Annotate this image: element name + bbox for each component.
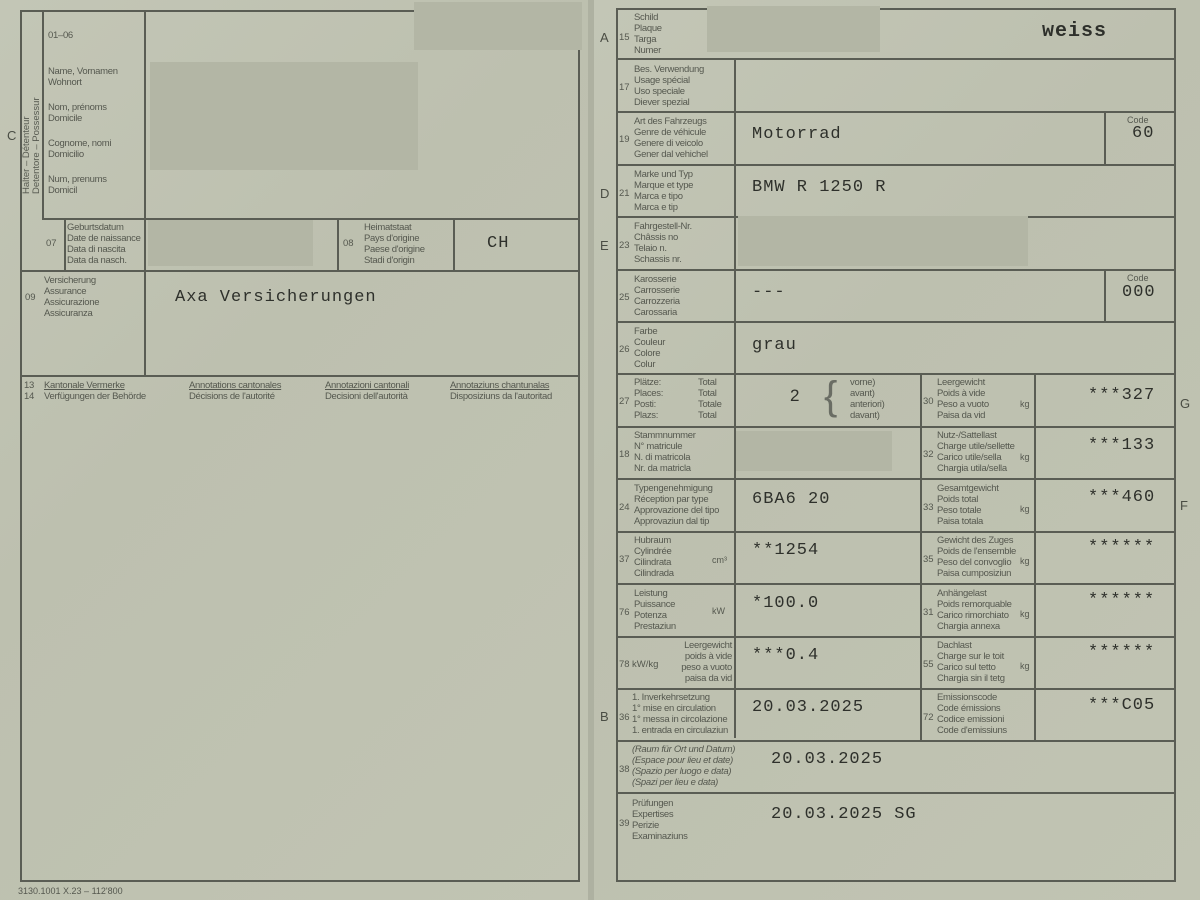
birthdate-label: GeburtsdatumDate de naissance Data di na… bbox=[67, 222, 141, 266]
unit-kw-per-kg: kW/kg bbox=[632, 659, 658, 670]
row-line bbox=[616, 688, 1176, 690]
field-number-21: 21 bbox=[619, 188, 630, 199]
frame-line bbox=[42, 10, 44, 218]
place-date-label: (Raum für Ort und Datum)(Espace pour lie… bbox=[632, 744, 735, 788]
field-number-78: 78 bbox=[619, 659, 630, 670]
body-value: --- bbox=[752, 283, 786, 302]
frame-line bbox=[20, 375, 580, 377]
field-number-07: 07 bbox=[46, 238, 57, 249]
field-number-26: 26 bbox=[619, 344, 630, 355]
section-letter-d: D bbox=[600, 186, 609, 201]
payload-label: Nutz-/SattellastCharge utile/sellette Ca… bbox=[937, 430, 1015, 474]
plate-redacted bbox=[707, 6, 880, 52]
frame-line bbox=[616, 880, 1176, 882]
body-label: KarosserieCarrosserie CarrozzeriaCarossa… bbox=[634, 274, 680, 318]
train-weight-label: Gewicht des ZugesPoids de l'ensemble Pes… bbox=[937, 535, 1016, 579]
chassis-label: Fahrgestell-Nr.Châssis no Telaio n.Schas… bbox=[634, 221, 692, 265]
row-line bbox=[616, 740, 1176, 742]
seats-front-label: vorne)avant) anteriori)davant) bbox=[850, 377, 885, 421]
field-number-37: 37 bbox=[619, 554, 630, 565]
frame-line bbox=[144, 10, 146, 375]
seats-label: Plätze:Places: Posti:Plazs: bbox=[634, 377, 663, 421]
registry-number-label: StammnummerN° matricule N. di matricolaN… bbox=[634, 430, 696, 474]
roof-load-label: DachlastCharge sur le toit Carico sul te… bbox=[937, 640, 1005, 684]
unit-kg: kg bbox=[1020, 609, 1030, 619]
displacement-label: HubraumCylindrée CilindrataCilindrada bbox=[634, 535, 674, 579]
field-number-17: 17 bbox=[619, 82, 630, 93]
frame-line bbox=[578, 10, 580, 882]
power-ratio-label: Leergewichtpoids à vide peso a vuotopais… bbox=[674, 640, 732, 684]
total-weight-label: GesamtgewichtPoids total Peso totalePais… bbox=[937, 483, 999, 527]
empty-weight-value: ***327 bbox=[1088, 386, 1155, 405]
header-redacted bbox=[414, 2, 582, 50]
field-number-27: 27 bbox=[619, 396, 630, 407]
special-use-label: Bes. VerwendungUsage spécial Uso special… bbox=[634, 64, 704, 108]
type-approval-label: TypengenehmigungRéception par type Appro… bbox=[634, 483, 719, 527]
field-number-31: 31 bbox=[923, 607, 934, 618]
field-number-32: 32 bbox=[923, 449, 934, 460]
seats-total-label: TotalTotal TotaleTotal bbox=[698, 377, 722, 421]
field-number-35: 35 bbox=[923, 554, 934, 565]
row-line bbox=[616, 164, 1176, 166]
insurance-value: Axa Versicherungen bbox=[175, 288, 377, 307]
registry-number-redacted bbox=[736, 431, 892, 471]
row-line bbox=[616, 269, 1176, 271]
section-letter-b: B bbox=[600, 709, 609, 724]
code-cell-line bbox=[1104, 111, 1106, 164]
vehicle-type-label: Art des FahrzeugsGenre de véhicule Gener… bbox=[634, 116, 708, 160]
brace-icon: { bbox=[824, 376, 837, 416]
row-line bbox=[616, 478, 1176, 480]
unit-kw: kW bbox=[712, 606, 725, 616]
origin-label: HeimatstaatPays d'origine Paese d'origin… bbox=[364, 222, 425, 266]
make-model-label: Marke und TypMarque et type Marca e tipo… bbox=[634, 169, 693, 213]
vehicle-type-value: Motorrad bbox=[752, 125, 842, 144]
section-letter-a: A bbox=[600, 30, 609, 45]
total-weight-value: ***460 bbox=[1088, 488, 1155, 507]
emission-code-label: EmissionscodeCode émissions Codice emiss… bbox=[937, 692, 1007, 736]
first-registration-value: 20.03.2025 bbox=[752, 698, 864, 717]
holder-label-rm: Num, prenumsDomicil bbox=[48, 174, 107, 196]
field-number-23: 23 bbox=[619, 240, 630, 251]
frame-line bbox=[64, 218, 66, 270]
frame-line bbox=[453, 218, 455, 270]
field-number-72: 72 bbox=[923, 712, 934, 723]
field-number-30: 30 bbox=[923, 396, 934, 407]
section-letter-c: C bbox=[7, 128, 16, 143]
seats-value: 2 bbox=[790, 386, 800, 406]
annotations-numbers: 1314 bbox=[24, 380, 34, 402]
color-label: FarbeCouleur ColoreColur bbox=[634, 326, 665, 370]
unit-kg: kg bbox=[1020, 399, 1030, 409]
row-line bbox=[616, 426, 1176, 428]
emission-code-value: ***C05 bbox=[1088, 696, 1155, 715]
row-line bbox=[616, 792, 1176, 794]
plate-label: SchildPlaque TargaNumer bbox=[634, 12, 662, 56]
row-line bbox=[616, 531, 1176, 533]
roof-load-value: ****** bbox=[1088, 643, 1155, 662]
annotations-rm: Annotaziuns chantunalasDisposiziuns da l… bbox=[450, 380, 552, 402]
section-letter-f: F bbox=[1180, 498, 1188, 513]
field-number-25: 25 bbox=[619, 292, 630, 303]
trailer-load-label: AnhängelastPoids remorquable Carico rimo… bbox=[937, 588, 1012, 632]
origin-value: CH bbox=[487, 234, 509, 253]
field-number-19: 19 bbox=[619, 134, 630, 145]
frame-line bbox=[1174, 8, 1176, 882]
field-number-08: 08 bbox=[343, 238, 354, 249]
type-approval-value: 6BA6 20 bbox=[752, 490, 830, 509]
inspections-value: 20.03.2025 SG bbox=[771, 805, 917, 824]
insurance-label: VersicherungAssurance AssicurazioneAssic… bbox=[44, 275, 99, 319]
make-model-value: BMW R 1250 R bbox=[752, 178, 886, 197]
form-footer-code: 3130.1001 X.23 – 112'800 bbox=[18, 886, 123, 896]
row-line bbox=[616, 111, 1176, 113]
vehicle-type-code: 60 bbox=[1132, 124, 1154, 143]
unit-kg: kg bbox=[1020, 661, 1030, 671]
holder-range: 01–06 bbox=[48, 30, 73, 41]
body-code: 000 bbox=[1122, 283, 1156, 302]
field-number-76: 76 bbox=[619, 607, 630, 618]
power-label: LeistungPuissance PotenzaPrestaziun bbox=[634, 588, 676, 632]
frame-line bbox=[616, 8, 618, 882]
field-number-09: 09 bbox=[25, 292, 36, 303]
annotations-de: Kantonale VermerkeVerfügungen der Behörd… bbox=[44, 380, 146, 402]
subtable-line bbox=[1034, 373, 1036, 740]
place-date-value: 20.03.2025 bbox=[771, 750, 883, 769]
first-registration-label: 1. Inverkehrsetzung1° mise en circulatio… bbox=[632, 692, 728, 736]
frame-line bbox=[616, 8, 1176, 10]
field-number-33: 33 bbox=[923, 502, 934, 513]
unit-cm3: cm³ bbox=[712, 555, 727, 565]
field-number-36: 36 bbox=[619, 712, 630, 723]
row-line bbox=[616, 373, 1176, 375]
row-line bbox=[616, 321, 1176, 323]
inspections-label: PrüfungenExpertises PerizieExaminaziuns bbox=[632, 798, 688, 842]
row-line bbox=[616, 583, 1176, 585]
section-letter-e: E bbox=[600, 238, 609, 253]
field-number-55: 55 bbox=[923, 659, 934, 670]
holder-vertical-label-2: Detentore – Possessur bbox=[32, 97, 42, 194]
unit-kg: kg bbox=[1020, 556, 1030, 566]
field-number-38: 38 bbox=[619, 764, 630, 775]
birthdate-redacted bbox=[148, 220, 313, 266]
train-weight-value: ****** bbox=[1088, 538, 1155, 557]
holder-label-de: Name, VornamenWohnort bbox=[48, 66, 118, 88]
power-ratio-value: ***0.4 bbox=[752, 646, 819, 665]
field-number-15: 15 bbox=[619, 32, 630, 43]
frame-line bbox=[20, 270, 580, 272]
frame-line bbox=[337, 218, 339, 270]
row-line bbox=[616, 636, 1176, 638]
unit-kg: kg bbox=[1020, 504, 1030, 514]
holder-name-redacted bbox=[150, 62, 418, 170]
holder-label-it: Cognome, nomiDomicilio bbox=[48, 138, 111, 160]
trailer-load-value: ****** bbox=[1088, 591, 1155, 610]
field-number-18: 18 bbox=[619, 449, 630, 460]
frame-line bbox=[20, 880, 580, 882]
row-line bbox=[616, 58, 1176, 60]
code-cell-line bbox=[1104, 269, 1106, 321]
annotations-it: Annotazioni cantonaliDecisioni dell'auto… bbox=[325, 380, 409, 402]
chassis-redacted bbox=[738, 216, 1028, 266]
left-page: C Halter – Détenteur Detentore – Possess… bbox=[0, 0, 590, 900]
annotations-fr: Annotations cantonalesDécisions de l'aut… bbox=[189, 380, 281, 402]
field-number-24: 24 bbox=[619, 502, 630, 513]
right-page: A D E B G F 15 SchildPlaque TargaNumer w… bbox=[594, 0, 1200, 900]
unit-kg: kg bbox=[1020, 452, 1030, 462]
field-number-39: 39 bbox=[619, 818, 630, 829]
plate-color-value: weiss bbox=[1042, 20, 1107, 43]
subtable-line bbox=[920, 373, 922, 740]
body-code-label: Code bbox=[1127, 273, 1149, 283]
displacement-value: **1254 bbox=[752, 541, 819, 560]
holder-label-fr: Nom, prénomsDomicile bbox=[48, 102, 107, 124]
power-value: *100.0 bbox=[752, 594, 819, 613]
section-letter-g: G bbox=[1180, 396, 1190, 411]
payload-value: ***133 bbox=[1088, 436, 1155, 455]
color-value: grau bbox=[752, 336, 797, 355]
empty-weight-label: LeergewichtPoids à vide Peso a vuotoPais… bbox=[937, 377, 989, 421]
